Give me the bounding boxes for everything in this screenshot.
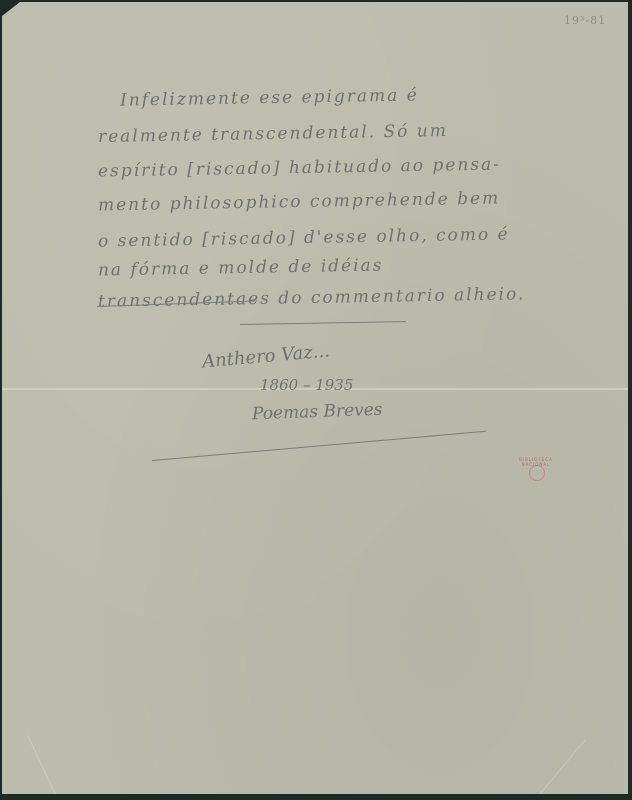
corner-crease xyxy=(540,740,586,794)
library-stamp: BIBLIOTECA NACIONAL xyxy=(514,457,558,487)
scanned-manuscript: 19³-81 Infelizmente ese epigrama é realm… xyxy=(0,0,632,800)
work-title: Poemas Breves xyxy=(252,400,383,425)
manuscript-line-3: espírito [riscado] habituado ao pensa- xyxy=(98,154,501,181)
separator-rule xyxy=(240,321,406,325)
manuscript-line-1: Infelizmente ese epigrama é xyxy=(120,85,419,110)
manuscript-line-4: mento philosophico comprehende bem xyxy=(98,188,501,215)
manuscript-line-7: transcendentaes do commentario alheio. xyxy=(98,284,526,311)
closing-rule xyxy=(152,431,486,461)
author-signature: Anthero Vaz... xyxy=(201,340,330,372)
manuscript-line-6: na fórma e molde de idéias xyxy=(98,256,384,281)
corner-crease xyxy=(27,735,57,799)
manuscript-line-5: o sentido [riscado] d'esse olho, como é xyxy=(98,224,510,251)
author-dates: 1860 – 1935 xyxy=(260,376,353,394)
catalog-number: 19³-81 xyxy=(564,14,606,27)
stamp-seal-icon xyxy=(529,465,545,481)
manuscript-line-2: realmente transcendental. Só um xyxy=(98,121,448,147)
paper-sheet: 19³-81 Infelizmente ese epigrama é realm… xyxy=(2,2,628,794)
